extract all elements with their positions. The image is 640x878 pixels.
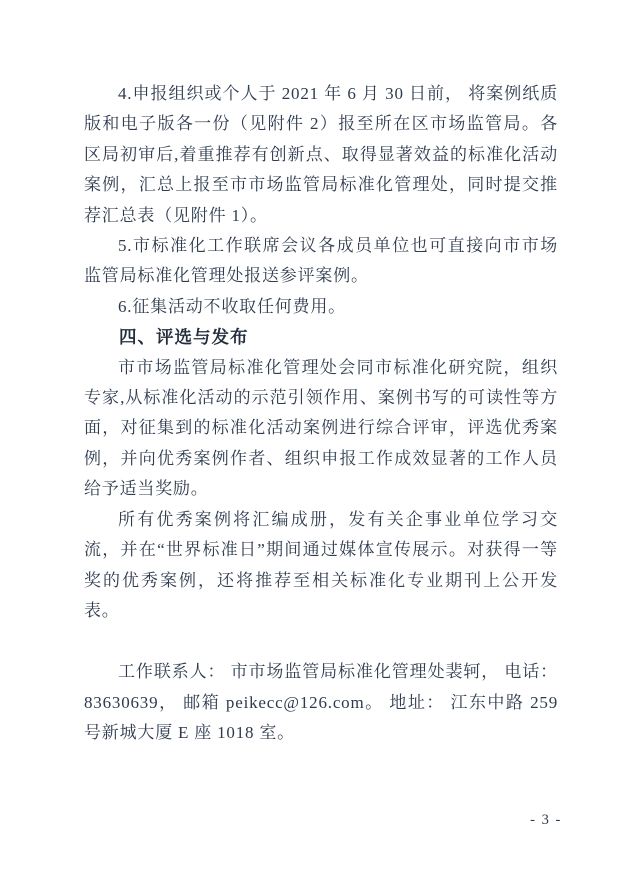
document-page: 4.申报组织或个人于 2021 年 6 月 30 日前， 将案例纸质版和电子版各… <box>0 0 640 878</box>
paragraph-submission-deadline: 4.申报组织或个人于 2021 年 6 月 30 日前， 将案例纸质版和电子版各… <box>84 79 558 231</box>
section-heading-evaluation-and-release: 四、评选与发布 <box>84 322 558 352</box>
document-content: 4.申报组织或个人于 2021 年 6 月 30 日前， 将案例纸质版和电子版各… <box>84 79 558 749</box>
paragraph-publication: 所有优秀案例将汇编成册，发有关企事业单位学习交流，并在“世界标准日”期间通过媒体… <box>84 505 558 627</box>
paragraph-review-process: 市市场监管局标准化管理处会同市标准化研究院，组织专家,从标准化活动的示范引领作用… <box>84 353 558 505</box>
paragraph-no-fees: 6.征集活动不收取任何费用。 <box>84 292 558 322</box>
page-number: - 3 - <box>504 812 588 829</box>
paragraph-contact-info: 工作联系人： 市市场监管局标准化管理处裴轲， 电话：83630639， 邮箱 p… <box>84 657 558 748</box>
paragraph-joint-meeting-members: 5.市标准化工作联席会议各成员单位也可直接向市市场监管局标准化管理处报送参评案例… <box>84 231 558 292</box>
